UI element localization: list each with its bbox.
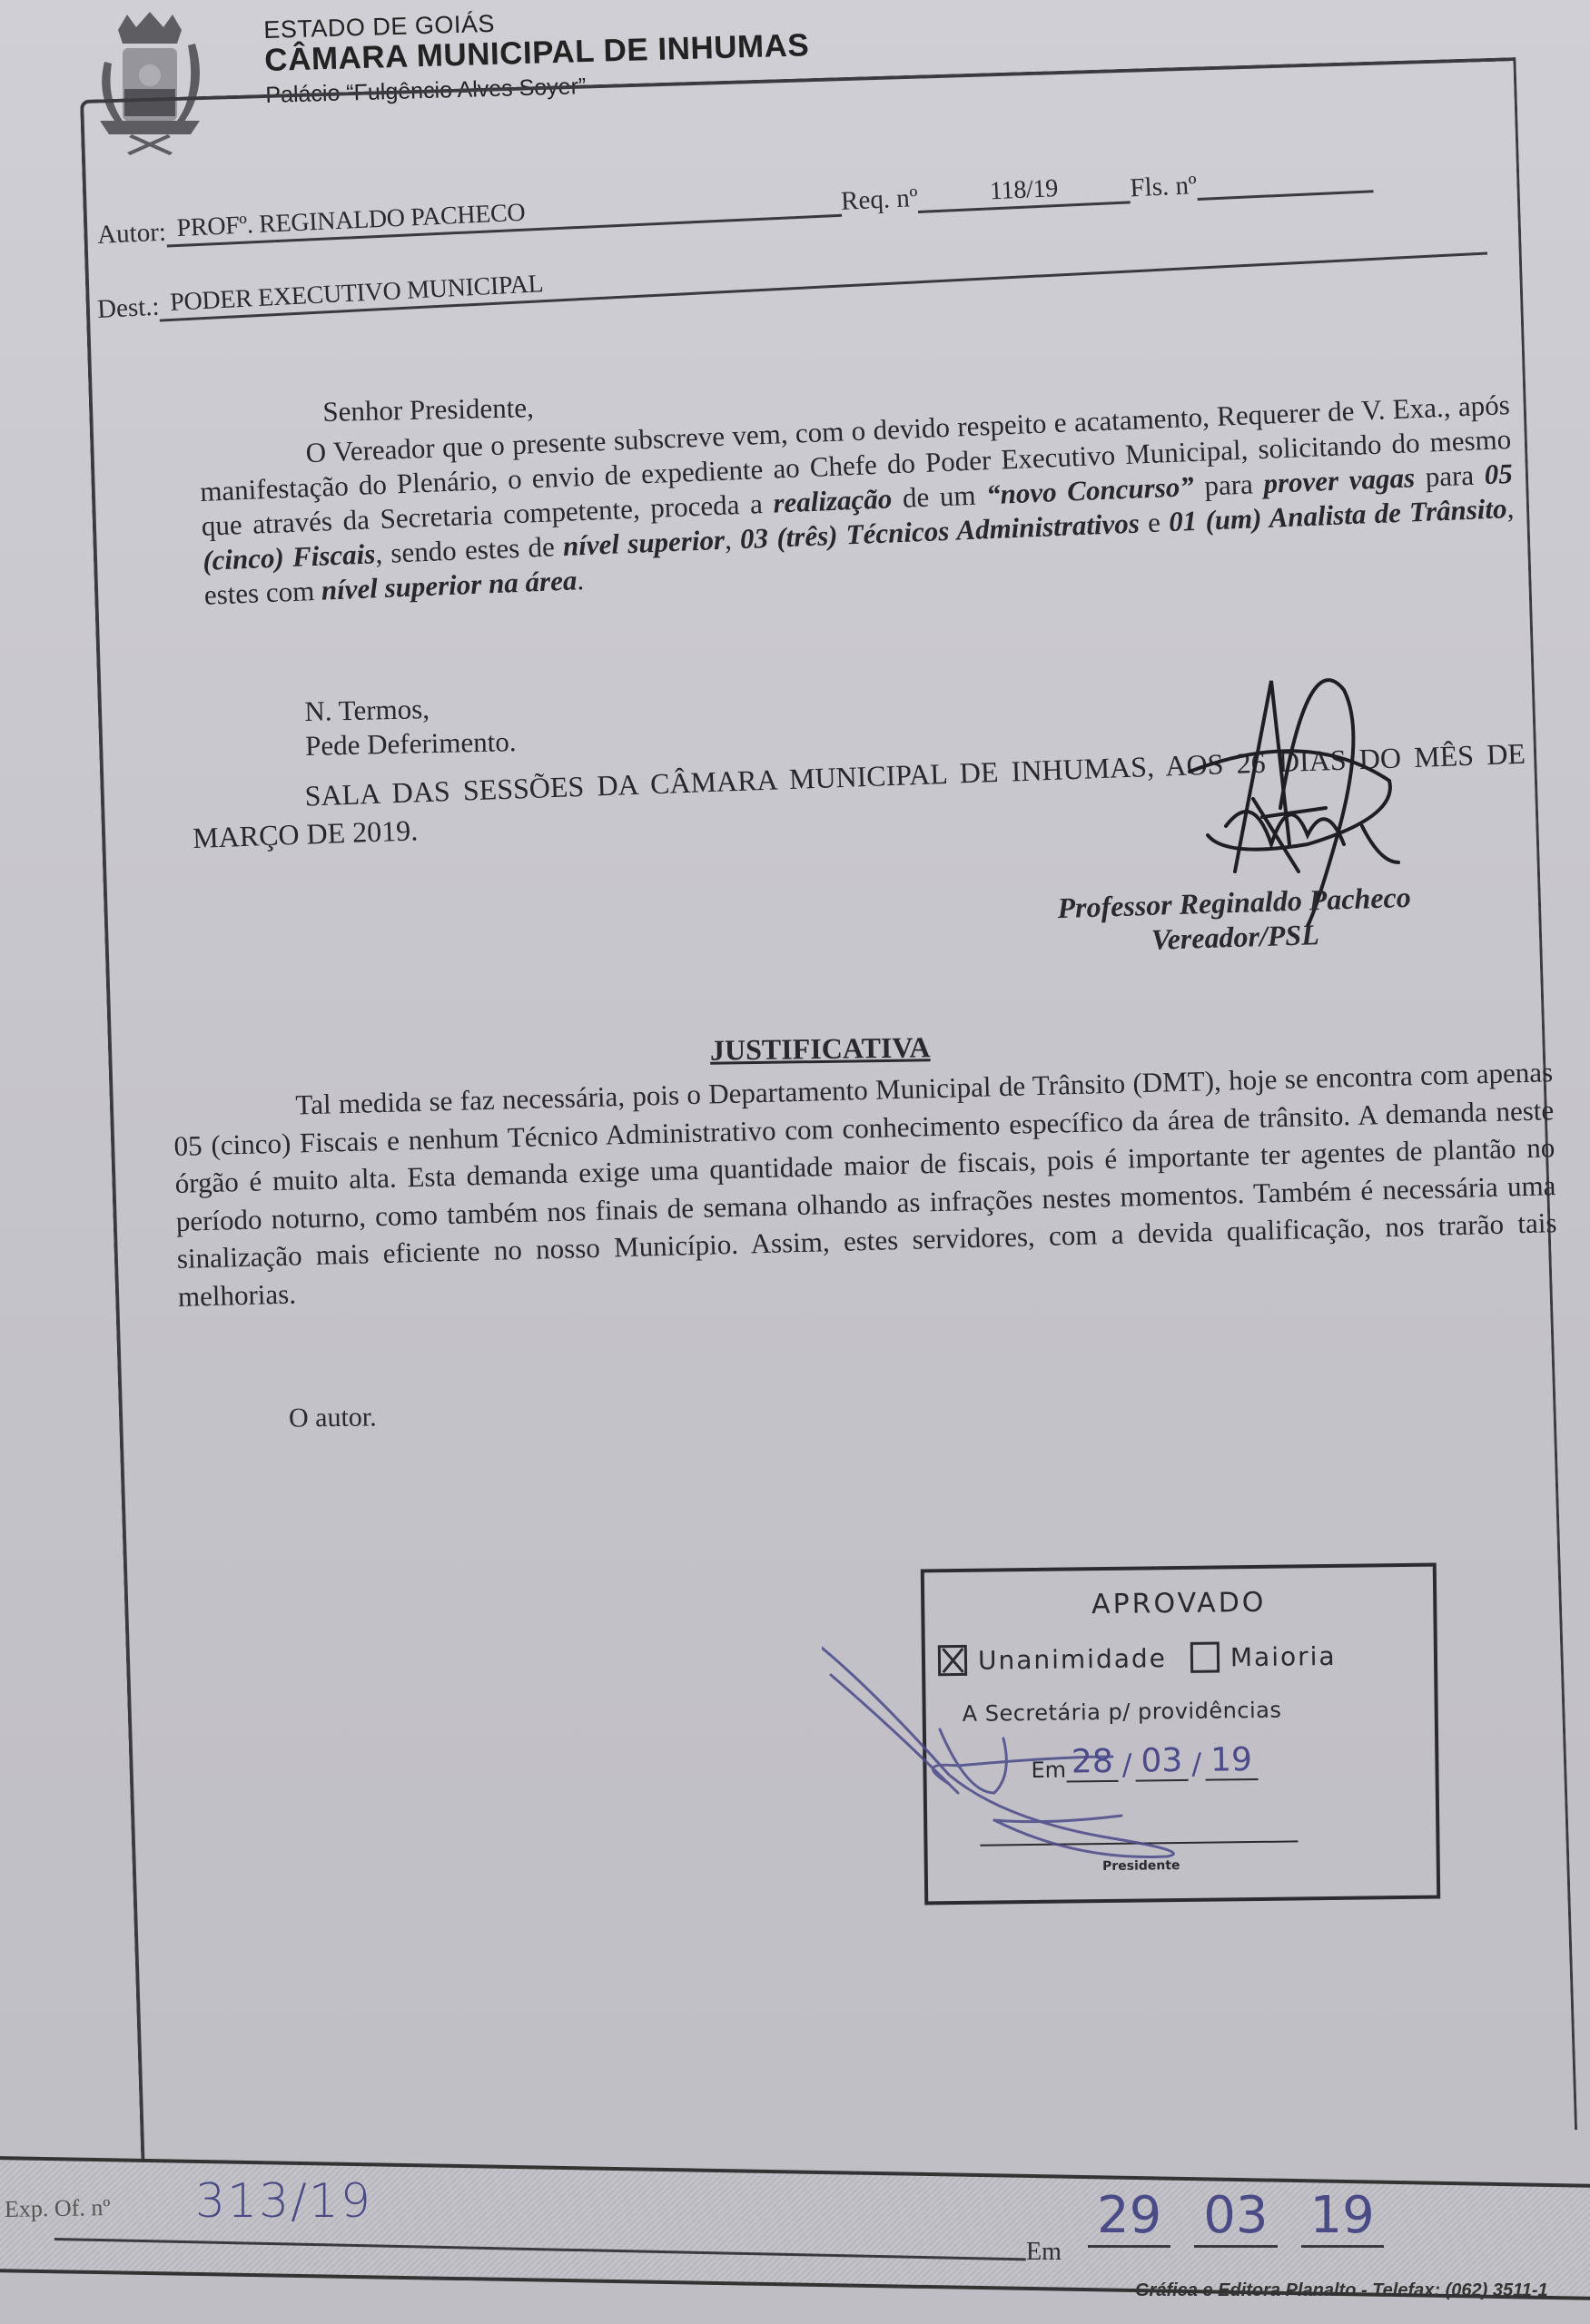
expedition-number: 313/19 — [195, 2174, 372, 2229]
expedition-date-label: Em — [1026, 2238, 1062, 2267]
printer-credit: Gráfica e Editora Planalto - Telefax: (0… — [1135, 2280, 1548, 2301]
stamp-title: APROVADO — [924, 1585, 1433, 1623]
closing-line-1: N. Termos, — [304, 690, 516, 729]
closing-line-2: Pede Deferimento. — [305, 724, 517, 763]
president-signature-icon — [822, 1639, 1221, 1866]
author-signoff: O autor. — [289, 1402, 377, 1433]
expedition-date-day: 29 — [1088, 2186, 1170, 2248]
expedition-date-month: 03 — [1194, 2186, 1277, 2248]
req-label: Req. nº — [840, 183, 918, 217]
greeting: Senhor Presidente, — [322, 390, 534, 429]
majority-label: Maioria — [1230, 1640, 1337, 1671]
justification-paragraph: Tal medida se faz necessária, pois o Dep… — [173, 1053, 1558, 1315]
expedition-date: 29 03 19 — [1088, 2186, 1384, 2248]
justification-title: JUSTIFICATIVA — [710, 1030, 931, 1067]
expedition-label: Exp. Of. nº — [5, 2194, 111, 2223]
expedition-date-year: 19 — [1301, 2186, 1384, 2248]
fls-label: Fls. nº — [1130, 171, 1198, 203]
author-label: Autor: — [97, 218, 167, 251]
destination-label: Dest.: — [96, 292, 160, 325]
signer-block: Professor Reginaldo Pacheco Vereador/PSL — [1057, 880, 1412, 960]
closing: N. Termos, Pede Deferimento. — [304, 690, 517, 763]
